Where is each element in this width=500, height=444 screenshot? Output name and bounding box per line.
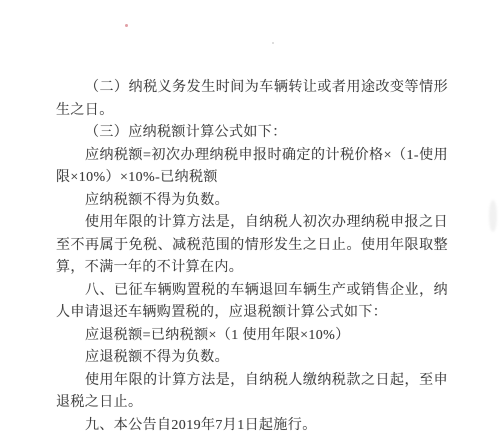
document-line: 至不再属于免税、减税范围的情形发生之日止。使用年限取整计 xyxy=(56,235,448,258)
scan-noise-speck xyxy=(272,42,274,44)
scan-edge-smudge xyxy=(489,200,497,232)
document-text-block: （二）纳税义务发生时间为车辆转让或者用途改变等情形发 生之日。 （三）应纳税额计… xyxy=(56,77,448,437)
document-line: （三）应纳税额计算公式如下： xyxy=(56,122,448,145)
document-line: 应退税额不得为负数。 xyxy=(56,347,448,370)
document-line: 九、本公告自2019年7月1日起施行。 xyxy=(56,415,448,438)
scanned-document-page: （二）纳税义务发生时间为车辆转让或者用途改变等情形发 生之日。 （三）应纳税额计… xyxy=(0,0,500,444)
scan-noise-dot xyxy=(125,24,128,27)
document-line: 八、已征车辆购置税的车辆退回车辆生产或销售企业，纳税 xyxy=(56,280,448,303)
document-line: 限×10%）×10%-已纳税额 xyxy=(56,167,448,190)
document-line: 使用年限的计算方法是，自纳税人缴纳税款之日起，至申请 xyxy=(56,370,448,393)
document-line: 退税之日止。 xyxy=(56,392,448,415)
document-line: 算，不满一年的不计算在内。 xyxy=(56,257,448,280)
document-line: 生之日。 xyxy=(56,100,448,123)
document-line: 应纳税额=初次办理纳税申报时确定的计税价格×（1-使用年 xyxy=(56,145,448,168)
document-line: 使用年限的计算方法是，自纳税人初次办理纳税申报之日起， xyxy=(56,212,448,235)
document-line: （二）纳税义务发生时间为车辆转让或者用途改变等情形发 xyxy=(56,77,448,100)
document-line: 应退税额=已纳税额×（1 使用年限×10%） xyxy=(56,325,448,348)
document-line: 人申请退还车辆购置税的，应退税额计算公式如下： xyxy=(56,302,448,325)
document-line: 应纳税额不得为负数。 xyxy=(56,190,448,213)
